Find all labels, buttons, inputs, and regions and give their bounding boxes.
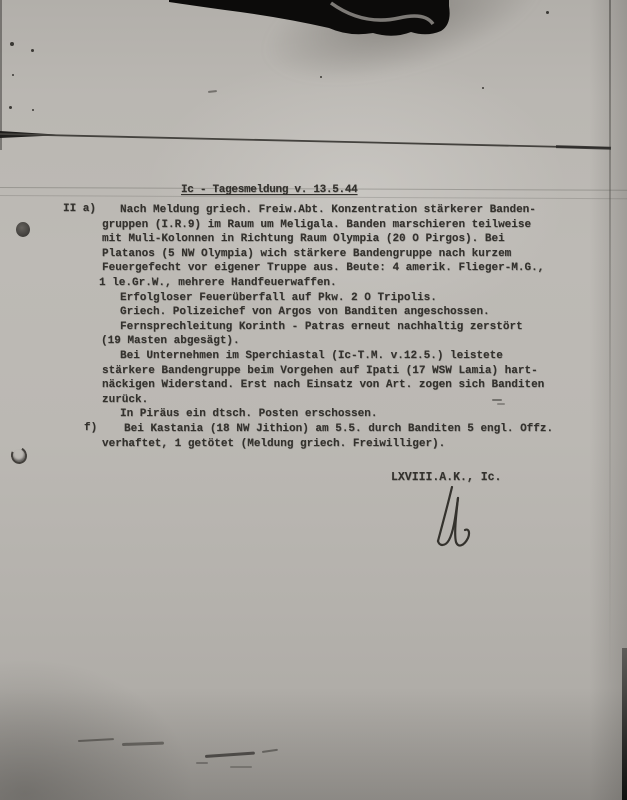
text-line: Fernsprechleitung Korinth - Patras erneu… <box>0 320 627 335</box>
text-line: mit Muli-Kolonnen in Richtung Raum Olymp… <box>0 232 627 247</box>
unit-designation: LXVIII.A.K., Ic. <box>391 471 501 484</box>
document-title: Ic - Tagesmeldung v. 13.5.44 <box>181 184 357 196</box>
section-f: f) Bei Kastania (18 NW Jithion) am 5.5. … <box>0 422 627 451</box>
text-line: Bei Unternehmen im Sperchiastal (Ic-T.M.… <box>0 349 627 364</box>
text-line: stärkere Bandengruppe beim Vorgehen auf … <box>0 364 627 379</box>
signature-mark-icon <box>430 486 488 552</box>
text-line: Feuergefecht vor eigener Truppe aus. Beu… <box>0 261 627 276</box>
text-line: Erfolgloser Feuerüberfall auf Pkw. 2 O T… <box>0 291 627 306</box>
text-line: (19 Masten abgesägt). <box>0 334 627 349</box>
text-line: In Piräus ein dtsch. Posten erschossen. <box>0 407 627 422</box>
scanned-page: Ic - Tagesmeldung v. 13.5.44 II a) Nach … <box>0 0 627 800</box>
text-line: zurück. <box>0 393 627 408</box>
section-marker: II a) <box>63 203 96 215</box>
document-body: Ic - Tagesmeldung v. 13.5.44 II a) Nach … <box>0 0 627 800</box>
text-line: Platanos (5 NW Olympia) wich stärkere Ba… <box>0 247 627 262</box>
section-marker: f) <box>84 422 97 434</box>
section-IIa: II a) Nach Meldung griech. Freiw.Abt. Ko… <box>0 203 627 422</box>
text-line: 1 le.Gr.W., mehrere Handfeuerwaffen. <box>0 276 627 291</box>
text-line: näckigen Widerstand. Erst nach Einsatz v… <box>0 378 627 393</box>
text-line: verhaftet, 1 getötet (Meldung griech. Fr… <box>0 437 627 452</box>
text-line: gruppen (I.R.9) im Raum um Meligala. Ban… <box>0 218 627 233</box>
text-line: Griech. Polizeichef von Argos von Bandit… <box>0 305 627 320</box>
